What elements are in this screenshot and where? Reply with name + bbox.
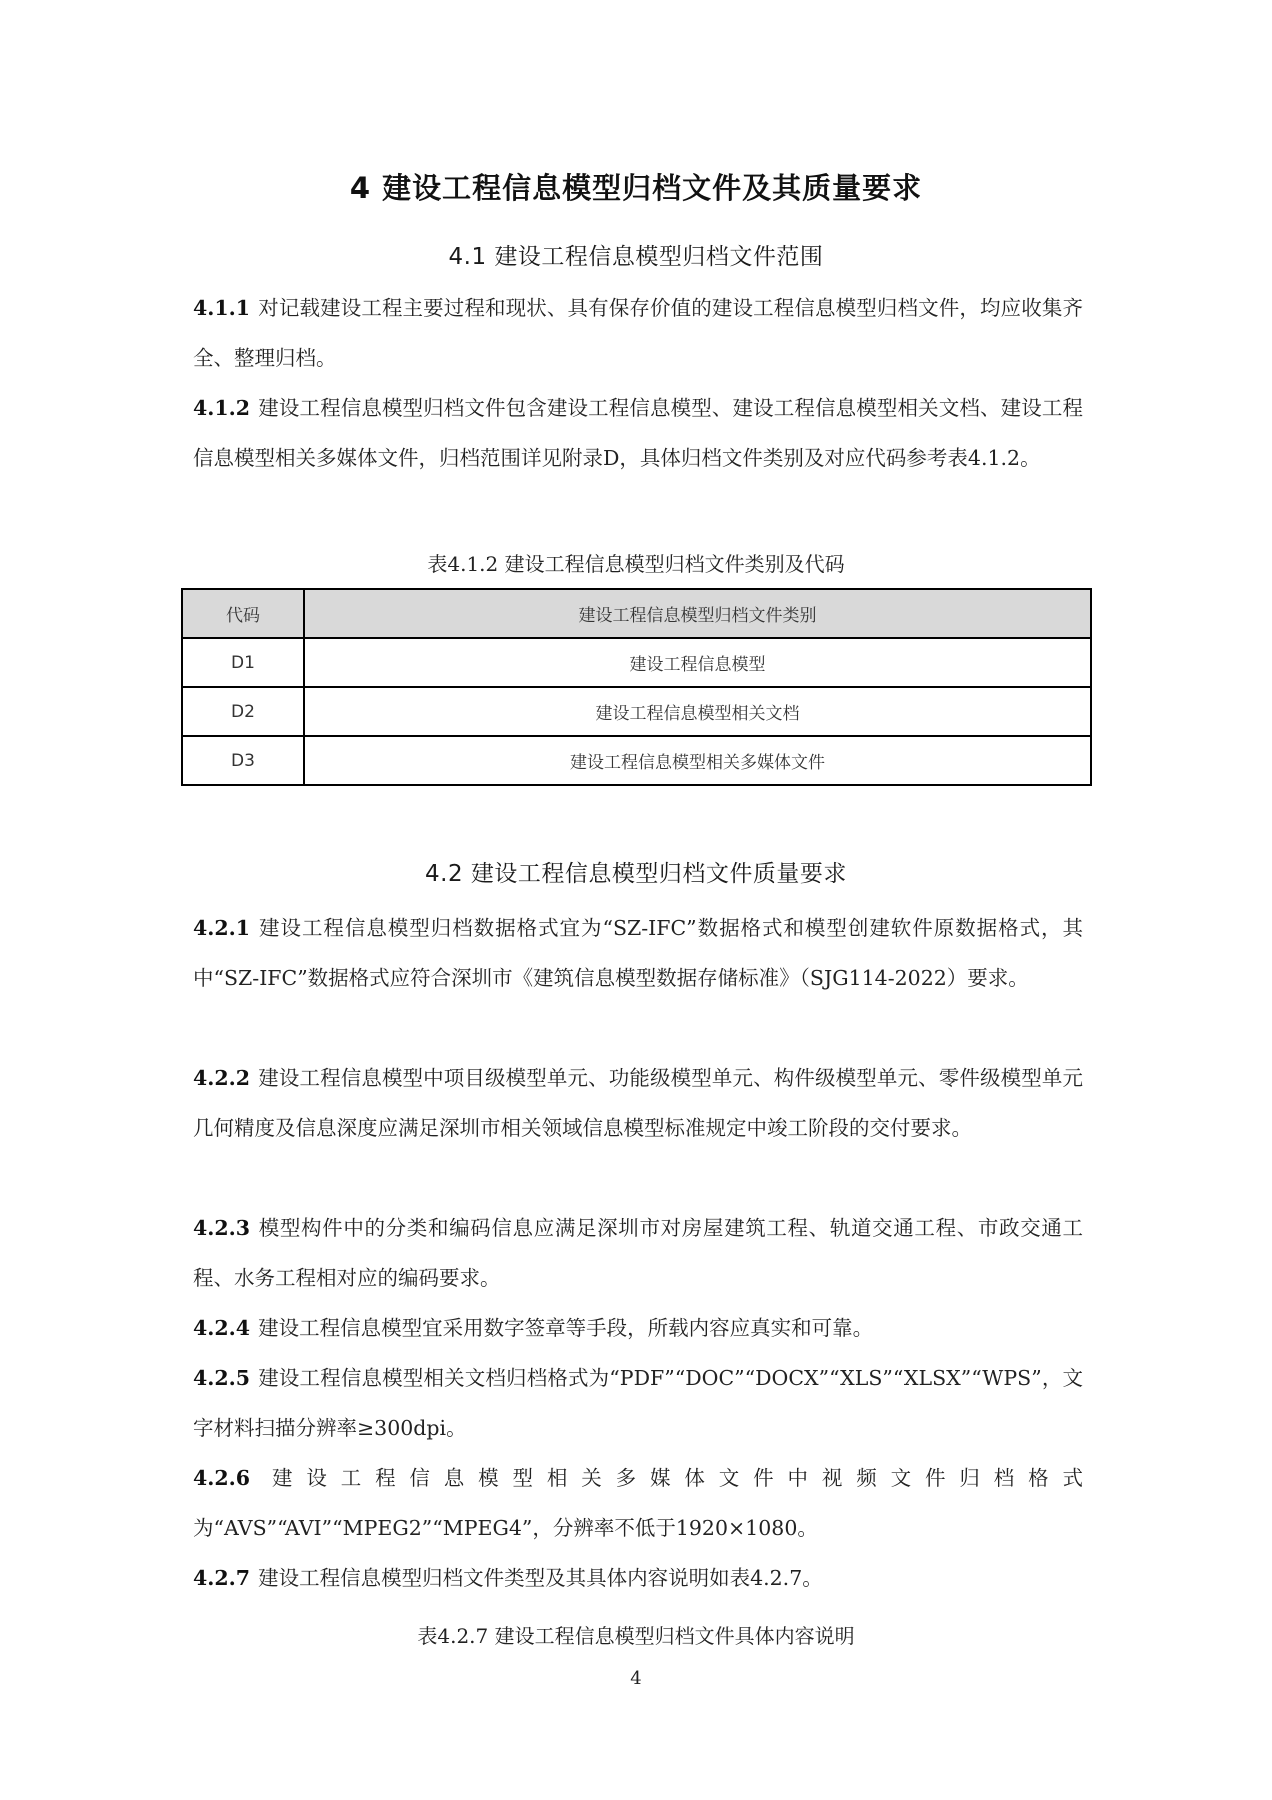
clause-text: 建设工程信息模型相关多媒体文件中视频文件归档格式为“AVS”“AVI”“MPEG…	[193, 1466, 1083, 1540]
clause-text: 建设工程信息模型归档文件类型及其具体内容说明如表4.2.7。	[258, 1566, 823, 1590]
clause-text: 对记载建设工程主要过程和现状、具有保存价值的建设工程信息模型归档文件，均应收集齐…	[193, 296, 1083, 370]
clause-text: 建设工程信息模型相关文档归档格式为“PDF”“DOC”“DOCX”“XLS”“X…	[193, 1366, 1083, 1440]
table-row: D3 建设工程信息模型相关多媒体文件	[182, 736, 1091, 785]
file-category-table: 代码 建设工程信息模型归档文件类别 D1 建设工程信息模型 D2 建设工程信息模…	[181, 588, 1092, 786]
clause-text: 建设工程信息模型归档文件包含建设工程信息模型、建设工程信息模型相关文档、建设工程…	[193, 396, 1083, 470]
clause-4-2-3: 4.2.3模型构件中的分类和编码信息应满足深圳市对房屋建筑工程、轨道交通工程、市…	[193, 1203, 1083, 1303]
table-4-1-2-caption: 表4.1.2 建设工程信息模型归档文件类别及代码	[0, 548, 1272, 577]
section-4-1-title: 4.1 建设工程信息模型归档文件范围	[0, 238, 1272, 271]
clause-number: 4.2.5	[193, 1366, 250, 1390]
table-row: D1 建设工程信息模型	[182, 638, 1091, 687]
clause-number: 4.2.7	[193, 1566, 250, 1590]
page-number: 4	[0, 1668, 1272, 1689]
clause-number: 4.2.3	[193, 1216, 250, 1240]
clause-4-2-5: 4.2.5建设工程信息模型相关文档归档格式为“PDF”“DOC”“DOCX”“X…	[193, 1353, 1083, 1453]
clause-number: 4.2.4	[193, 1316, 250, 1340]
clause-4-2-1: 4.2.1建设工程信息模型归档数据格式宜为“SZ-IFC”数据格式和模型创建软件…	[193, 903, 1083, 1003]
chapter-title: 4 建设工程信息模型归档文件及其质量要求	[0, 166, 1272, 207]
clause-4-2-6: 4.2.6建设工程信息模型相关多媒体文件中视频文件归档格式为“AVS”“AVI”…	[193, 1453, 1083, 1553]
cell-code: D1	[182, 638, 304, 687]
clause-4-1-1: 4.1.1对记载建设工程主要过程和现状、具有保存价值的建设工程信息模型归档文件，…	[193, 283, 1083, 383]
header-category: 建设工程信息模型归档文件类别	[304, 589, 1091, 638]
section-4-2-title: 4.2 建设工程信息模型归档文件质量要求	[0, 855, 1272, 888]
clause-text: 模型构件中的分类和编码信息应满足深圳市对房屋建筑工程、轨道交通工程、市政交通工程…	[193, 1216, 1083, 1290]
clause-4-1-2: 4.1.2建设工程信息模型归档文件包含建设工程信息模型、建设工程信息模型相关文档…	[193, 383, 1083, 483]
cell-category: 建设工程信息模型相关多媒体文件	[304, 736, 1091, 785]
clause-text: 建设工程信息模型中项目级模型单元、功能级模型单元、构件级模型单元、零件级模型单元…	[193, 1066, 1083, 1140]
clause-number: 4.2.1	[193, 916, 250, 940]
document-page: 4 建设工程信息模型归档文件及其质量要求 4.1 建设工程信息模型归档文件范围 …	[0, 0, 1272, 1800]
clause-text: 建设工程信息模型归档数据格式宜为“SZ-IFC”数据格式和模型创建软件原数据格式…	[193, 916, 1083, 990]
clause-number: 4.1.2	[193, 396, 250, 420]
clause-4-2-4: 4.2.4建设工程信息模型宜采用数字签章等手段，所载内容应真实和可靠。	[193, 1303, 1083, 1353]
table-header-row: 代码 建设工程信息模型归档文件类别	[182, 589, 1091, 638]
clause-4-2-2: 4.2.2建设工程信息模型中项目级模型单元、功能级模型单元、构件级模型单元、零件…	[193, 1053, 1083, 1153]
cell-category: 建设工程信息模型相关文档	[304, 687, 1091, 736]
clause-text: 建设工程信息模型宜采用数字签章等手段，所载内容应真实和可靠。	[258, 1316, 873, 1340]
clause-number: 4.2.2	[193, 1066, 250, 1090]
clause-number: 4.2.6	[193, 1466, 250, 1490]
cell-code: D2	[182, 687, 304, 736]
table-4-2-7-caption: 表4.2.7 建设工程信息模型归档文件具体内容说明	[0, 1620, 1272, 1649]
table-row: D2 建设工程信息模型相关文档	[182, 687, 1091, 736]
header-code: 代码	[182, 589, 304, 638]
clause-4-2-7: 4.2.7建设工程信息模型归档文件类型及其具体内容说明如表4.2.7。	[193, 1553, 1083, 1603]
cell-code: D3	[182, 736, 304, 785]
clause-number: 4.1.1	[193, 296, 250, 320]
cell-category: 建设工程信息模型	[304, 638, 1091, 687]
